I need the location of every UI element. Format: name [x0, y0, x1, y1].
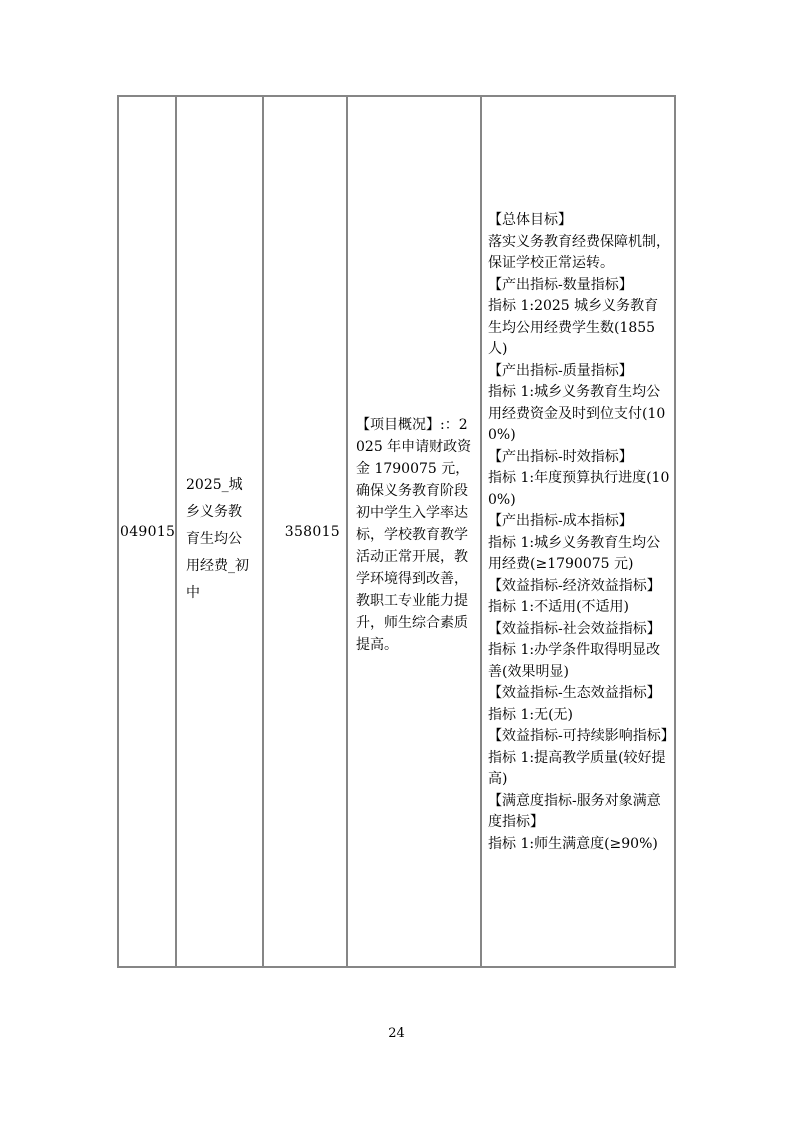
- indicator-section-header: 【效益指标-生态效益指标】: [488, 683, 672, 705]
- indicator-section: 【效益指标-经济效益指标】 指标 1:不适用(不适用): [488, 576, 672, 619]
- indicator-section-header: 【效益指标-可持续影响指标】: [488, 726, 672, 748]
- indicator-section-header: 【效益指标-社会效益指标】: [488, 619, 672, 641]
- indicator-section-body: 指标 1:无(无): [488, 705, 672, 727]
- indicator-section-body: 指标 1:提高教学质量(较好提高): [488, 748, 672, 791]
- indicator-section-body: 落实义务教育经费保障机制，保证学校正常运转。: [488, 232, 672, 275]
- project-performance-table: 049015 2025_城乡义务教育生均公用经费_初中 358015 【项目概况…: [117, 95, 676, 968]
- document-page: 049015 2025_城乡义务教育生均公用经费_初中 358015 【项目概况…: [0, 0, 793, 1122]
- indicator-section: 【效益指标-生态效益指标】 指标 1:无(无): [488, 683, 672, 726]
- indicator-section: 【产出指标-成本指标】 指标 1:城乡义务教育生均公用经费(≥1790075 元…: [488, 511, 672, 576]
- indicator-section-header: 【产出指标-质量指标】: [488, 361, 672, 383]
- indicator-section-header: 【产出指标-数量指标】: [488, 275, 672, 297]
- indicator-section: 【效益指标-可持续影响指标】 指标 1:提高教学质量(较好提高): [488, 726, 672, 791]
- indicator-section-body: 指标 1:城乡义务教育生均公用经费资金及时到位支付(100%): [488, 382, 672, 447]
- project-name-cell: 2025_城乡义务教育生均公用经费_初中: [176, 96, 263, 967]
- indicator-section-body: 指标 1:年度预算执行进度(100%): [488, 468, 672, 511]
- indicator-section-header: 【产出指标-成本指标】: [488, 511, 672, 533]
- indicator-section: 【产出指标-质量指标】 指标 1:城乡义务教育生均公用经费资金及时到位支付(10…: [488, 361, 672, 447]
- indicator-section-header: 【效益指标-经济效益指标】: [488, 576, 672, 598]
- indicator-section-body: 指标 1:不适用(不适用): [488, 597, 672, 619]
- indicator-section: 【产出指标-数量指标】 指标 1:2025 城乡义务教育生均公用经费学生数(18…: [488, 275, 672, 361]
- indicator-section-body: 指标 1:城乡义务教育生均公用经费(≥1790075 元): [488, 533, 672, 576]
- performance-indicators-cell: 【总体目标】 落实义务教育经费保障机制，保证学校正常运转。 【产出指标-数量指标…: [481, 96, 675, 967]
- project-overview-cell: 【项目概况】:：2025 年申请财政资金 1790075 元，确保义务教育阶段初…: [347, 96, 481, 967]
- project-code-cell: 049015: [118, 96, 176, 967]
- indicator-section-header: 【总体目标】: [488, 210, 672, 232]
- project-amount-cell: 358015: [263, 96, 347, 967]
- indicator-section: 【满意度指标-服务对象满意度指标】 指标 1:师生满意度(≥90%): [488, 791, 672, 856]
- indicator-section-body: 指标 1:办学条件取得明显改善(效果明显): [488, 640, 672, 683]
- indicator-section: 【效益指标-社会效益指标】 指标 1:办学条件取得明显改善(效果明显): [488, 619, 672, 684]
- indicator-section-header: 【产出指标-时效指标】: [488, 447, 672, 469]
- indicator-section-body: 指标 1:师生满意度(≥90%): [488, 834, 672, 856]
- project-row: 049015 2025_城乡义务教育生均公用经费_初中 358015 【项目概况…: [118, 96, 675, 967]
- indicator-section: 【产出指标-时效指标】 指标 1:年度预算执行进度(100%): [488, 447, 672, 512]
- indicator-section: 【总体目标】 落实义务教育经费保障机制，保证学校正常运转。: [488, 210, 672, 275]
- page-number: 24: [0, 1026, 793, 1041]
- indicator-section-body: 指标 1:2025 城乡义务教育生均公用经费学生数(1855 人): [488, 296, 672, 361]
- indicator-section-header: 【满意度指标-服务对象满意度指标】: [488, 791, 672, 834]
